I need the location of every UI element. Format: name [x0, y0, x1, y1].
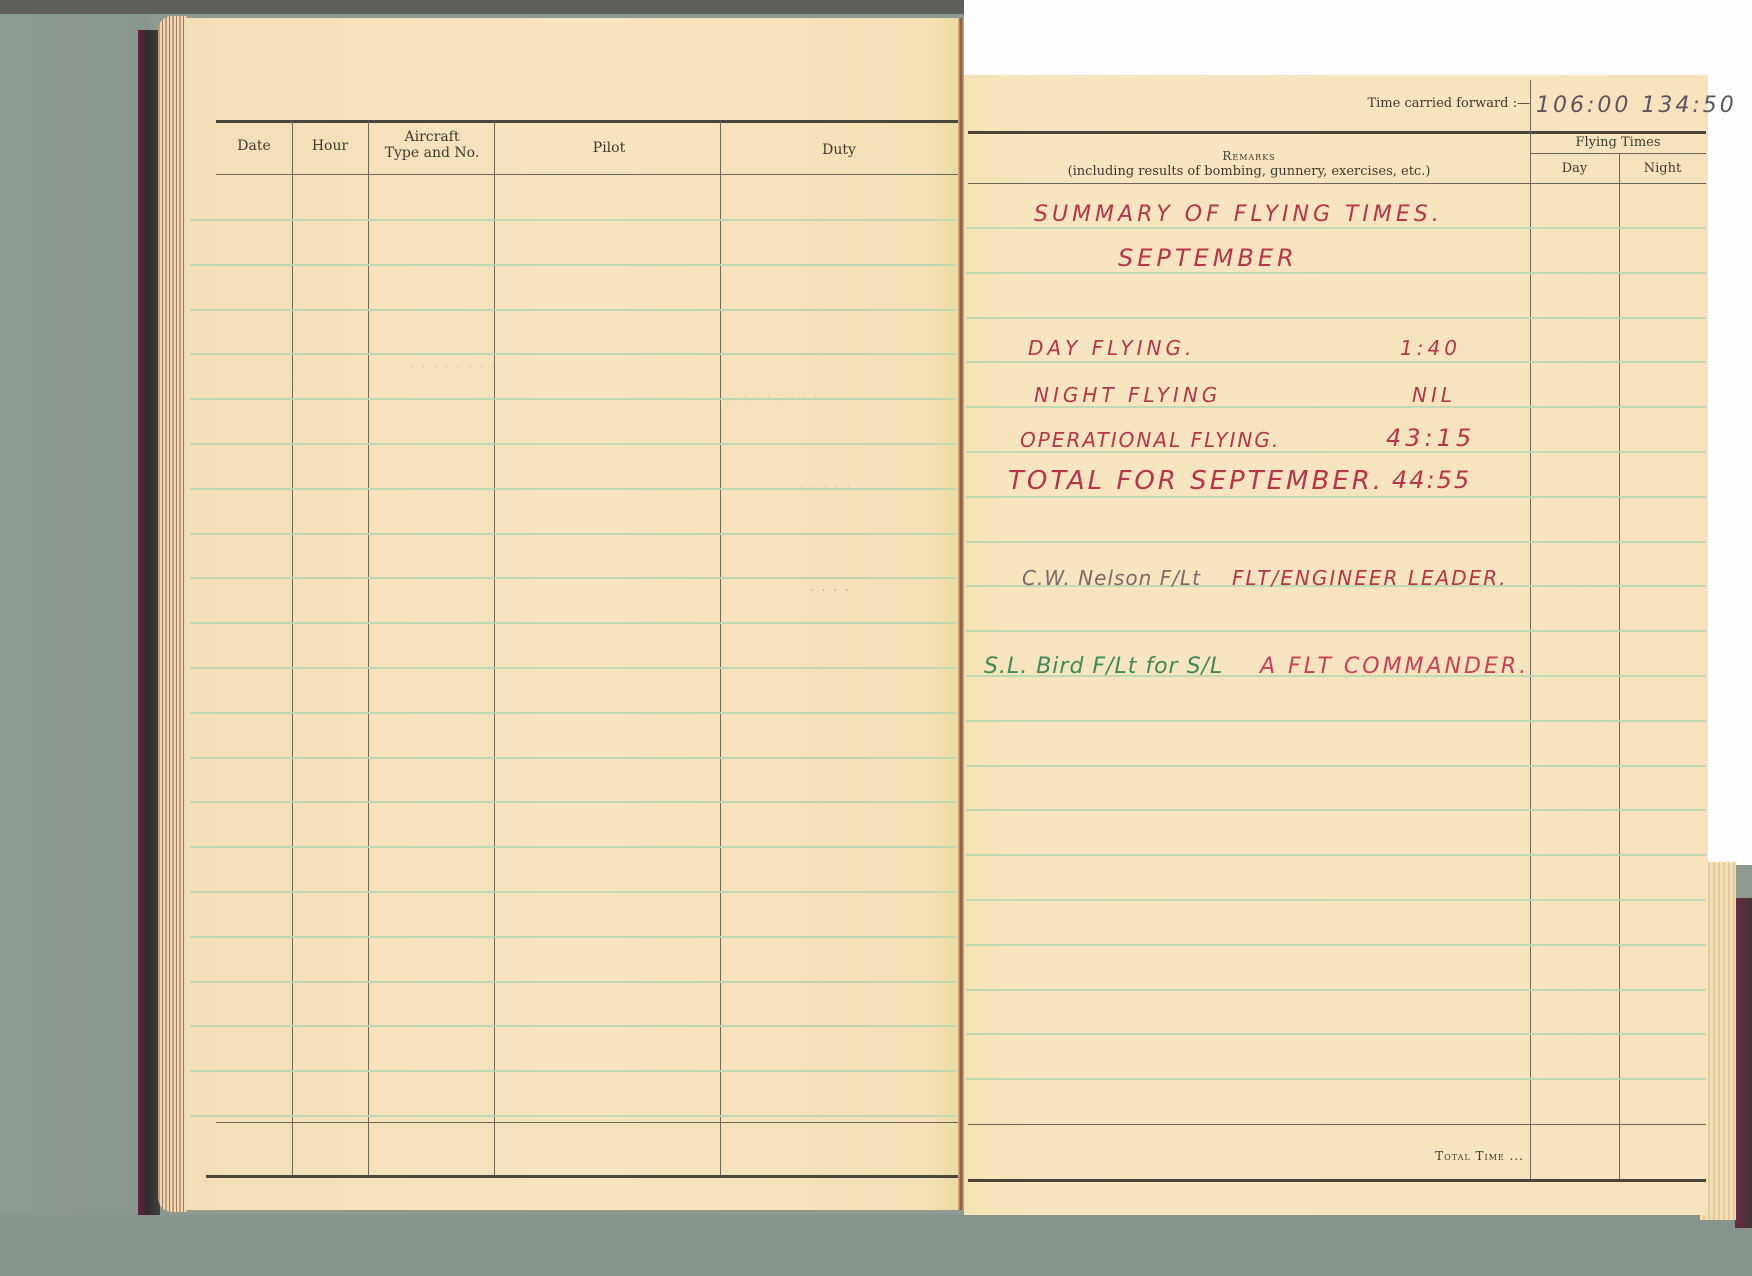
ruled-line — [190, 309, 956, 311]
header-bottom-rule — [216, 174, 958, 175]
day-flying-label: DAY FLYING. — [1028, 336, 1195, 360]
show-through-marks: · · · · · · · · — [410, 360, 497, 374]
ruled-line — [966, 765, 1706, 767]
ruled-line — [966, 630, 1706, 632]
ruled-line — [966, 809, 1706, 811]
column-header-aircraft-line2: Type and No. — [368, 145, 496, 161]
table-bottom-rule — [206, 1175, 958, 1178]
ruled-line — [190, 846, 956, 848]
ruled-line — [966, 496, 1706, 498]
ruled-line — [190, 1070, 956, 1072]
ruled-line — [966, 541, 1706, 543]
column-header-aircraft: Aircraft Type and No. — [368, 129, 496, 161]
table-bottom-rule — [968, 1179, 1706, 1182]
flying-times-header: Flying Times — [1530, 135, 1706, 151]
ruled-line — [966, 227, 1706, 229]
ruled-line — [190, 1115, 956, 1117]
day-column-header: Day — [1530, 161, 1619, 177]
ruled-line — [966, 854, 1706, 856]
time-carried-forward-label: Time carried forward :— — [1240, 96, 1530, 112]
book-cover-edge-left — [138, 30, 160, 1215]
column-divider — [1619, 153, 1620, 1179]
total-row-rule — [216, 1122, 958, 1123]
summary-title: SUMMARY OF FLYING TIMES. — [1034, 202, 1443, 227]
ruled-line — [966, 899, 1706, 901]
ruled-line — [190, 981, 956, 983]
column-header-pilot: Pilot — [496, 140, 722, 156]
show-through-marks: . . . . — [810, 580, 851, 594]
signature-flight-commander: S.L. Bird F/Lt for S/L — [984, 654, 1223, 679]
column-divider — [494, 121, 495, 1176]
ruled-line — [190, 801, 956, 803]
column-header-date: Date — [216, 138, 292, 154]
ruled-line — [190, 757, 956, 759]
book-cover-edge-right — [1735, 898, 1752, 1228]
ruled-line — [966, 1033, 1706, 1035]
remarks-header: Remarks — [968, 148, 1530, 164]
ruled-line — [190, 264, 956, 266]
ruled-line — [190, 936, 956, 938]
total-september-label: TOTAL FOR SEPTEMBER. — [1008, 466, 1384, 496]
total-september-value: 44:55 — [1392, 466, 1471, 494]
logbook-right-page — [964, 75, 1708, 1215]
column-divider — [292, 121, 293, 1176]
flying-times-divider — [1530, 153, 1706, 154]
night-flying-value: NIL — [1412, 383, 1456, 407]
night-column-header: Night — [1619, 161, 1706, 177]
ruled-line — [190, 219, 956, 221]
ruled-line — [966, 361, 1706, 363]
scan-blank-right — [1708, 75, 1752, 865]
column-divider — [368, 121, 369, 1176]
night-flying-label: NIGHT FLYING — [1034, 383, 1221, 407]
ruled-line — [190, 533, 956, 535]
ruled-line — [190, 712, 956, 714]
logbook-left-page — [186, 18, 962, 1210]
column-header-duty: Duty — [722, 142, 956, 158]
scan-blank-top — [964, 0, 1752, 75]
engineer-leader-role: FLT/ENGINEER LEADER. — [1232, 566, 1507, 590]
total-row-rule — [968, 1124, 1706, 1125]
ruled-line — [966, 1078, 1706, 1080]
background-left — [0, 0, 150, 1276]
ruled-line — [966, 272, 1706, 274]
ruled-line — [190, 1025, 956, 1027]
remarks-subheader: (including results of bombing, gunnery, … — [968, 164, 1530, 180]
ruled-line — [190, 353, 956, 355]
operational-flying-label: OPERATIONAL FLYING. — [1020, 428, 1280, 452]
background-bottom — [0, 1215, 1752, 1276]
ruled-line — [966, 944, 1706, 946]
time-carried-forward-value: 106:00 134:50 — [1536, 93, 1737, 118]
header-bottom-rule — [968, 183, 1706, 184]
ruled-line — [966, 317, 1706, 319]
ruled-line — [190, 577, 956, 579]
total-time-label: Total Time ... — [1360, 1148, 1530, 1164]
ruled-line — [190, 443, 956, 445]
summary-month: SEPTEMBER — [1118, 244, 1298, 272]
ruled-line — [966, 720, 1706, 722]
show-through-marks: · · · · · — [800, 480, 852, 494]
ruled-line — [190, 622, 956, 624]
background-top — [0, 0, 964, 14]
day-flying-value: 1:40 — [1400, 336, 1461, 360]
operational-flying-value: 43:15 — [1386, 424, 1475, 452]
ruled-line — [190, 667, 956, 669]
column-header-aircraft-line1: Aircraft — [368, 129, 496, 145]
show-through-marks: : . : · · . · · · — [720, 390, 819, 404]
table-top-rule — [216, 120, 958, 123]
column-header-hour: Hour — [292, 138, 368, 154]
ruled-line — [190, 398, 956, 400]
table-top-rule — [968, 131, 1706, 134]
ruled-line — [190, 891, 956, 893]
signature-engineer-leader: C.W. Nelson F/Lt — [1022, 566, 1201, 590]
column-divider — [720, 121, 721, 1176]
page-stack-left — [158, 16, 188, 1212]
flight-commander-role: A FLT COMMANDER. — [1260, 654, 1529, 679]
ruled-line — [966, 989, 1706, 991]
